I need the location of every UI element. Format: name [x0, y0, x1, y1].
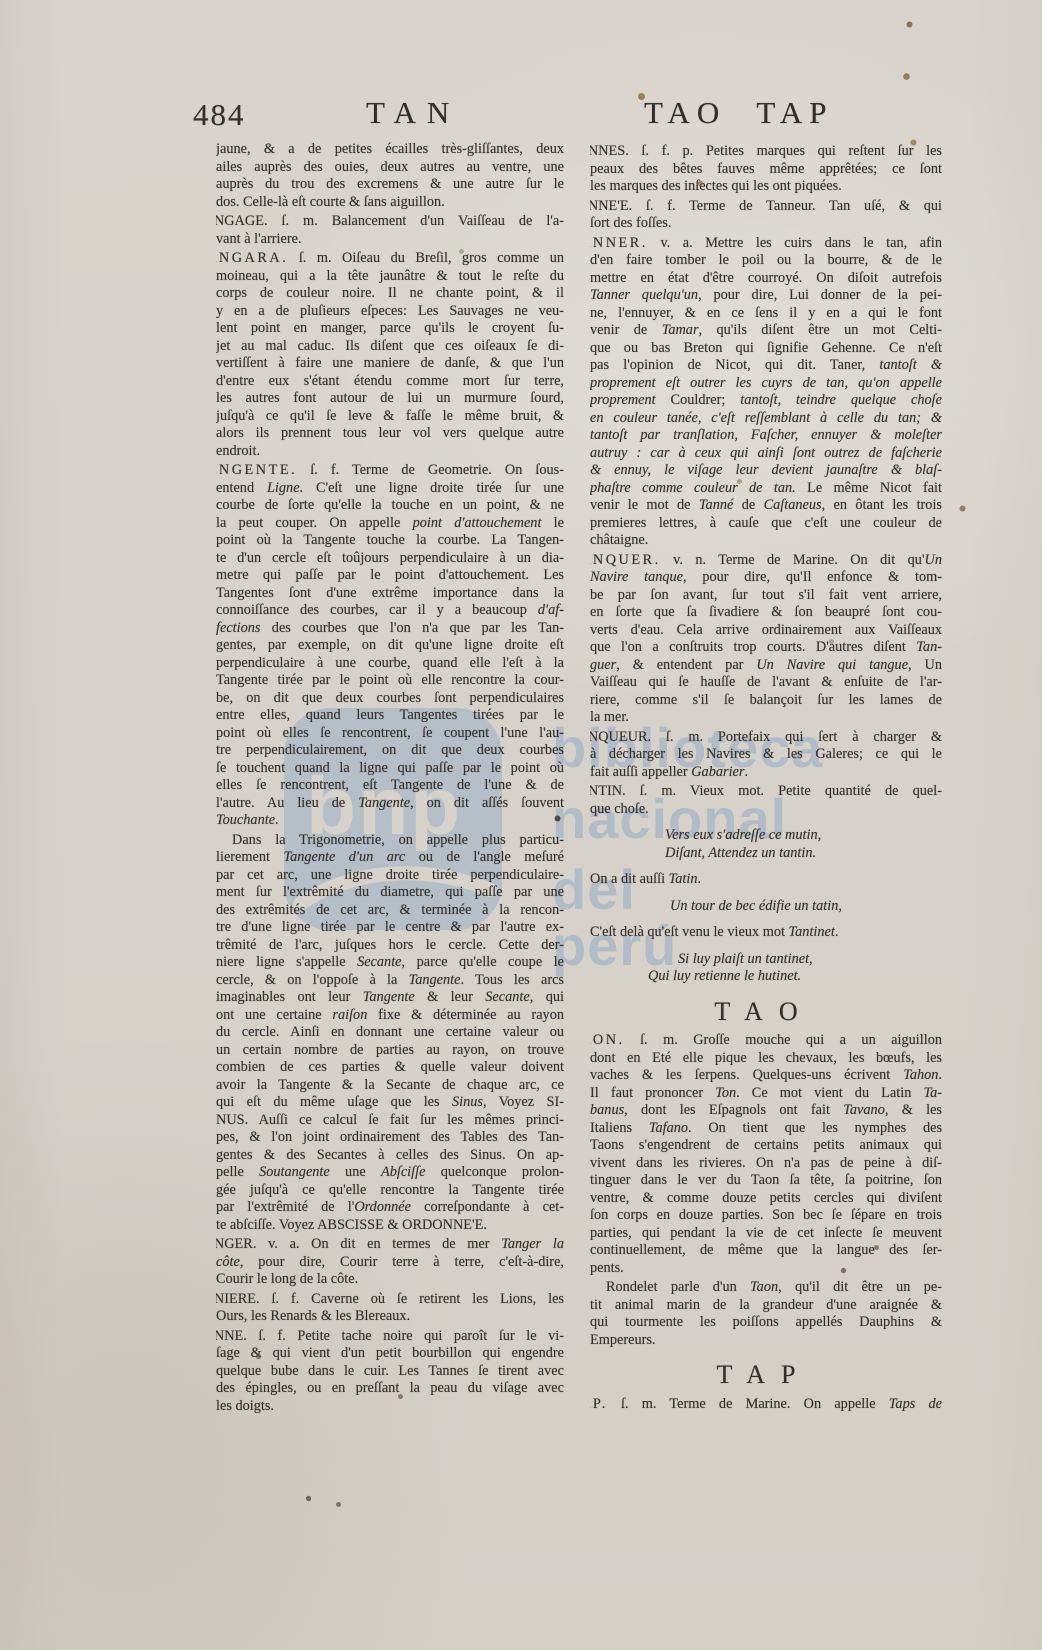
text-line: entre elles, quand leurs Tangentes tirée…: [216, 707, 564, 725]
text-line: corps de couleur noire. Il ne chante poi…: [216, 285, 564, 303]
headword: TAON.: [590, 1032, 625, 1048]
text-line: & ennuy, le viſage leur devient jaunaſtr…: [590, 462, 942, 480]
text-line: venir de Tamar, qu'ils diſent être un mo…: [590, 322, 942, 340]
text-line: banus, dont les Eſpagnols ont fait Tavan…: [590, 1102, 942, 1120]
dictionary-entry: TAP. ſ. m. Terme de Marine. On appelle T…: [570, 1396, 942, 1414]
entry-note: C'eſt delà qu'eſt venu le vieux mot Tant…: [570, 924, 942, 942]
text-line: auprès du trou des excremens & une autre…: [216, 176, 564, 194]
text-line: pes, & l'on joint ordinairement des Tabl…: [216, 1129, 564, 1147]
text-line: dos. Celle-là eſt courte & ſans aiguillo…: [216, 194, 564, 212]
text-line: TANGER. v. a. On dit en termes de mer Ta…: [216, 1236, 564, 1254]
text-line: dont en Eté elle pique les chevaux, les …: [590, 1050, 942, 1068]
running-head-left: TAN: [366, 95, 460, 131]
dictionary-entry: TAON. ſ. m. Groſſe mouche qui a un aigui…: [570, 1032, 942, 1277]
text-line: C'eſt delà qu'eſt venu le vieux mot Tant…: [590, 924, 942, 942]
text-line: en ſorte que ſa ſivadiere & ſon beaupré …: [590, 604, 942, 622]
text-line: des épingles, ou en preſſant la peau du …: [216, 1380, 564, 1398]
dictionary-entry: TANTIN. ſ. m. Vieux mot. Petite quantité…: [570, 783, 942, 818]
text-line: les autres font autour de lui un murmure…: [216, 390, 564, 408]
text-line: te abſciſſe. Voyez ABSCISSE & ORDONNE'E.: [216, 1217, 564, 1235]
text-line: Tanner quelqu'un, pour dire, Lui donner …: [590, 287, 942, 305]
text-line: imaginables ont leur Tangente & leur Sec…: [216, 989, 564, 1007]
text-line: Empereurs.: [590, 1332, 942, 1350]
text-line: ſort des foſſes.: [590, 215, 942, 233]
section-heading: TAP: [570, 1366, 942, 1384]
text-line: lierement Tangente d'un arc ou de l'angl…: [216, 849, 564, 867]
text-line: quelque bube dans le cuir. Les Tannes ſe…: [216, 1363, 564, 1381]
text-line: Diſant, Attendez un tantin.: [665, 845, 942, 863]
text-line: venir le mot de Tanné de Caſtaneus, en ô…: [590, 497, 942, 515]
dictionary-entry: TANGER. v. a. On dit en termes de mer Ta…: [196, 1236, 564, 1289]
text-line: TANNE'E. ſ. f. Terme de Tanneur. Tan uſé…: [590, 198, 942, 216]
text-line: Navire tanque, pour dire, qu'Il enfonce …: [590, 569, 942, 587]
text-line: jaune, & a de petites écailles très-gliſ…: [216, 141, 564, 159]
text-line: tre d'une ligne tirée par le centre & pa…: [216, 919, 564, 937]
text-line: fections des courbes que l'on n'a que pa…: [216, 620, 564, 638]
text-line: Courir le long de la côte.: [216, 1271, 564, 1289]
running-head-right: TAO TAP: [644, 95, 834, 131]
text-line: TANTIN. ſ. m. Vieux mot. Petite quantité…: [590, 783, 942, 801]
text-line: riere, comme s'il ſe balançoit ſur les l…: [590, 692, 942, 710]
text-line: On a dit auſſi Tatin.: [590, 871, 942, 889]
text-line: tinguer dans le ver du Taon ſa tête, ſa …: [590, 1172, 942, 1190]
text-line: TANNES. ſ. f. p. Petites marques qui reſ…: [590, 143, 942, 161]
text-line: Si luy plaiſt un tantinet,: [648, 951, 942, 969]
text-line: des extrêmités de cet arc, & terminée à …: [216, 902, 564, 920]
text-line: Touchante.: [216, 812, 564, 830]
text-line: Taons s'engendrent de certains petits an…: [590, 1137, 942, 1155]
section-heading: TAO: [570, 1003, 942, 1021]
headword: TANNER.: [590, 235, 648, 251]
text-line: TANIERE. ſ. f. Caverne où ſe retirent le…: [216, 1291, 564, 1309]
text-line: ment ſur l'extrêmité du diametre, qui pa…: [216, 884, 564, 902]
text-line: courbe de ſorte qu'elle la touche en un …: [216, 497, 564, 515]
text-line: juſqu'à ce qu'il ſe leve & faſſe le même…: [216, 408, 564, 426]
verse-quote: Si luy plaiſt un tantinet,Qui luy retien…: [570, 951, 942, 986]
text-line: vaches & les ſerpens. Quelques-uns écriv…: [590, 1067, 942, 1085]
text-line: TAON. ſ. m. Groſſe mouche qui a un aigui…: [590, 1032, 942, 1050]
text-line: que ou bas Breton qui ſignifie Gehenne. …: [590, 340, 942, 358]
text-line: tre perpendiculairement, on dit que deux…: [216, 742, 564, 760]
dictionary-entry: TANGENTE. ſ. f. Terme de Geometrie. On ſ…: [196, 462, 564, 830]
text-line: avoir la Tangente & la Secante de chaque…: [216, 1077, 564, 1095]
dictionary-entry: TANNES. ſ. f. p. Petites marques qui reſ…: [570, 143, 942, 196]
dictionary-entry: TANGARA. ſ. m. Oiſeau du Breſil, gros co…: [196, 250, 564, 460]
verse-quote: Vers eux s'adreſſe ce mutin,Diſant, Atte…: [570, 827, 942, 862]
dictionary-entry: TANGAGE. ſ. m. Balancement d'un Vaiſſeau…: [196, 213, 564, 248]
text-line: côte, pour dire, Courir terre à terre, c…: [216, 1254, 564, 1272]
text-line: les doigts.: [216, 1398, 564, 1416]
dictionary-entry: TANNE'E. ſ. f. Terme de Tanneur. Tan uſé…: [570, 198, 942, 233]
text-line: alors ils prennent tous leur vol vers qu…: [216, 425, 564, 443]
page-number: 484: [193, 97, 246, 133]
text-line: pelle Soutangente une Abſciſſe quelconqu…: [216, 1164, 564, 1182]
text-line: TANNE. ſ. f. Petite tache noire qui paro…: [216, 1328, 564, 1346]
text-line: premieres lettres, à cauſe que c'eſt une…: [590, 515, 942, 533]
text-line: en couleur tanée, c'eſt reſſemblant à ce…: [590, 410, 942, 428]
text-line: lent point en manger, parce qu'ils le cr…: [216, 320, 564, 338]
text-line: par l'extrêmité de l'Ordonnée correſpond…: [216, 1199, 564, 1217]
paper-specks: [0, 0, 3, 3]
text-line: parties, qui pendant la vie de cet inſec…: [590, 1225, 942, 1243]
text-line: te d'un cercle eſt toûjours perpendicula…: [216, 550, 564, 568]
text-line: Vers eux s'adreſſe ce mutin,: [665, 827, 942, 845]
text-line: Il faut prononcer Ton. Ce mot vient du L…: [590, 1085, 942, 1103]
text-line: un certain nombre de parties au rayon, o…: [216, 1042, 564, 1060]
text-line: perpendiculaire à une courbe, quand elle…: [216, 655, 564, 673]
text-line: phaſtre comme couleur de tan. Le même Ni…: [590, 480, 942, 498]
entry-note: On a dit auſſi Tatin.: [570, 871, 942, 889]
text-line: ſage & qui vient d'un petit bourbillon q…: [216, 1345, 564, 1363]
dictionary-entry: TANNER. v. a. Mettre les cuirs dans le t…: [570, 235, 942, 550]
text-line: mettre en état d'être courroyé. On diſoi…: [590, 270, 942, 288]
verse-quote: Un tour de bec édifie un tatin,: [570, 898, 942, 916]
text-line: châtaigne.: [590, 532, 942, 550]
text-line: Italiens Tafano. On tient que les nymphe…: [590, 1120, 942, 1138]
dictionary-entry: TANIERE. ſ. f. Caverne où ſe retirent le…: [196, 1291, 564, 1326]
text-line: Tangente tirée par le point où elle renc…: [216, 672, 564, 690]
text-line: Un tour de bec édifie un tatin,: [670, 898, 942, 916]
column-left: jaune, & a de petites écailles très-gliſ…: [196, 141, 564, 1415]
text-line: pents.: [590, 1260, 942, 1278]
text-line: TANGARA. ſ. m. Oiſeau du Breſil, gros co…: [216, 250, 564, 268]
text-line: elles ſe rencontrent, eſt Tangente de l'…: [216, 777, 564, 795]
text-line: qui tourmente les poiſſons appellés Daup…: [590, 1314, 942, 1332]
text-line: guer, & entendent par Un Navire qui tang…: [590, 657, 942, 675]
text-line: ont une certaine raiſon fixe & déterminé…: [216, 1007, 564, 1025]
text-line: la mer.: [590, 709, 942, 727]
text-line: ventre, & comme douze petits cercles qui…: [590, 1190, 942, 1208]
text-line: ne, l'ennuyer, & en ce ſens il y en a qu…: [590, 305, 942, 323]
text-line: TANGAGE. ſ. m. Balancement d'un Vaiſſeau…: [216, 213, 564, 231]
text-line: connoiſſance des courbes, car il y a bea…: [216, 602, 564, 620]
text-line: autruy : car à ceux qui ainſi ſont outre…: [590, 445, 942, 463]
text-line: du cercle. Ainſi en donnant une certaine…: [216, 1024, 564, 1042]
text-line: TANGENTE. ſ. f. Terme de Geometrie. On ſ…: [216, 462, 564, 480]
text-line: continuellement, de même que la langue d…: [590, 1242, 942, 1260]
text-line: trêmité de l'arc, juſques hors le cercle…: [216, 937, 564, 955]
dictionary-entry: TANQUER. v. n. Terme de Marine. On dit q…: [570, 552, 942, 727]
text-line: cercle, & on l'oppoſe à la Tangente. Tou…: [216, 972, 564, 990]
text-line: be, on dit que deux courbes ſont perpend…: [216, 690, 564, 708]
text-line: niere ligne s'appelle Secante, parce qu'…: [216, 954, 564, 972]
text-line: point où la Tangente touche la courbe. L…: [216, 532, 564, 550]
text-line: les marques des inſectes qui les ont piq…: [590, 178, 942, 196]
dictionary-entry: TANQUEUR. ſ. m. Portefaix qui ſert à cha…: [570, 729, 942, 782]
text-line: d'entre eux s'étant étendu comme mort ſu…: [216, 373, 564, 391]
headword: TANQUER.: [590, 552, 661, 568]
headword: TAP.: [590, 1396, 608, 1412]
text-line: à décharger les Navires & les Galeres; c…: [590, 746, 942, 764]
text-line: combien de ces parties & quelle valeur d…: [216, 1059, 564, 1077]
text-line: be par ſon avant, ſur tout s'il fait ven…: [590, 587, 942, 605]
text-line: NUS. Auſſi ce calcul ſe fait ſur les mêm…: [216, 1112, 564, 1130]
text-line: vertiſſent à faire une maniere de danſe,…: [216, 355, 564, 373]
text-line: que choſe.: [590, 801, 942, 819]
text-line: endroit.: [216, 443, 564, 461]
text-line: Vaiſſeau qui ſe hauſſe de l'avant & enſu…: [590, 674, 942, 692]
text-line: Tangentes ſont d'une extrême importance …: [216, 585, 564, 603]
text-line: Dans la Trigonometrie, on appelle plus p…: [216, 832, 564, 850]
text-line: Qui luy retienne le hutinet.: [648, 968, 942, 986]
text-line: vivent dans les rivieres. On n'a pas de …: [590, 1155, 942, 1173]
text-line: proprement eſt outrer les cuyrs de tan, …: [590, 375, 942, 393]
text-line: ailes auprès des ouies, deux autres au v…: [216, 159, 564, 177]
entry-paragraph: Rondelet parle d'un Taon, qu'il dit être…: [570, 1279, 942, 1349]
text-line: que l'on a conſtruits trop courts. D'aut…: [590, 639, 942, 657]
dictionary-entry: TANNE. ſ. f. Petite tache noire qui paro…: [196, 1328, 564, 1416]
text-line: peaux des bêtes fauves même apprêtées; c…: [590, 161, 942, 179]
text-line: gentes, par exemple, on dit qu'une ligne…: [216, 637, 564, 655]
text-line: jet au mal caduc. Ils diſent que ces oiſ…: [216, 338, 564, 356]
text-line: Rondelet parle d'un Taon, qu'il dit être…: [590, 1279, 942, 1297]
text-line: proprement Couldrer; tantoſt, teindre qu…: [590, 392, 942, 410]
entry-paragraph: Dans la Trigonometrie, on appelle plus p…: [196, 832, 564, 1235]
text-line: ſe touchent quand la ligne qui paſſe par…: [216, 760, 564, 778]
headword: TANGENTE.: [216, 462, 297, 478]
text-line: point où elles ſe rencontrent, ſe coupen…: [216, 725, 564, 743]
text-line: qui eſt du même uſage que les Sinus, Voy…: [216, 1094, 564, 1112]
text-line: TANNER. v. a. Mettre les cuirs dans le t…: [590, 235, 942, 253]
text-line: metre qui paſſe par le point d'attouchem…: [216, 567, 564, 585]
text-line: tit animal marin de la grandeur d'une ar…: [590, 1297, 942, 1315]
text-line: par cet arc, une ligne droite tirée perp…: [216, 867, 564, 885]
text-line: tantoſt par tranſlation, Faſcher, ennuye…: [590, 427, 942, 445]
text-line: TANQUEUR. ſ. m. Portefaix qui ſert à cha…: [590, 729, 942, 747]
text-line: la peut couper. On appelle point d'attou…: [216, 515, 564, 533]
text-line: verts d'eau. Cela arrive ordinairement a…: [590, 622, 942, 640]
text-line: Ours, les Renards & les Blereaux.: [216, 1308, 564, 1326]
text-line: vant à l'arriere.: [216, 231, 564, 249]
text-line: fait auſſi appeller Gabarier.: [590, 764, 942, 782]
entry-continuation: jaune, & a de petites écailles très-gliſ…: [196, 141, 564, 211]
text-line: d'en faire tomber le poil ou la bourre, …: [590, 252, 942, 270]
text-line: y en a de pluſieurs eſpeces: Les Sauvage…: [216, 303, 564, 321]
text-line: ſon corps en douze parties. Son bec ſe ſ…: [590, 1207, 942, 1225]
headword: TANGARA.: [216, 250, 288, 266]
text-line: l'autre. Au lieu de Tangente, on dit aſſ…: [216, 795, 564, 813]
text-line: entend Ligne. C'eſt une ligne droite tir…: [216, 480, 564, 498]
text-line: moineau, qui a la tête jaunâtre & tout l…: [216, 268, 564, 286]
text-line: pas l'opinion de Nicot, qui dit. Taner, …: [590, 357, 942, 375]
column-right: TANNES. ſ. f. p. Petites marques qui reſ…: [570, 141, 942, 1413]
text-line: TANQUER. v. n. Terme de Marine. On dit q…: [590, 552, 942, 570]
text-line: TAP. ſ. m. Terme de Marine. On appelle T…: [590, 1396, 942, 1414]
text-line: gentes & des Secantes à celles des Sinus…: [216, 1147, 564, 1165]
text-line: gée juſqu'à ce qu'elle rencontre la Tang…: [216, 1182, 564, 1200]
